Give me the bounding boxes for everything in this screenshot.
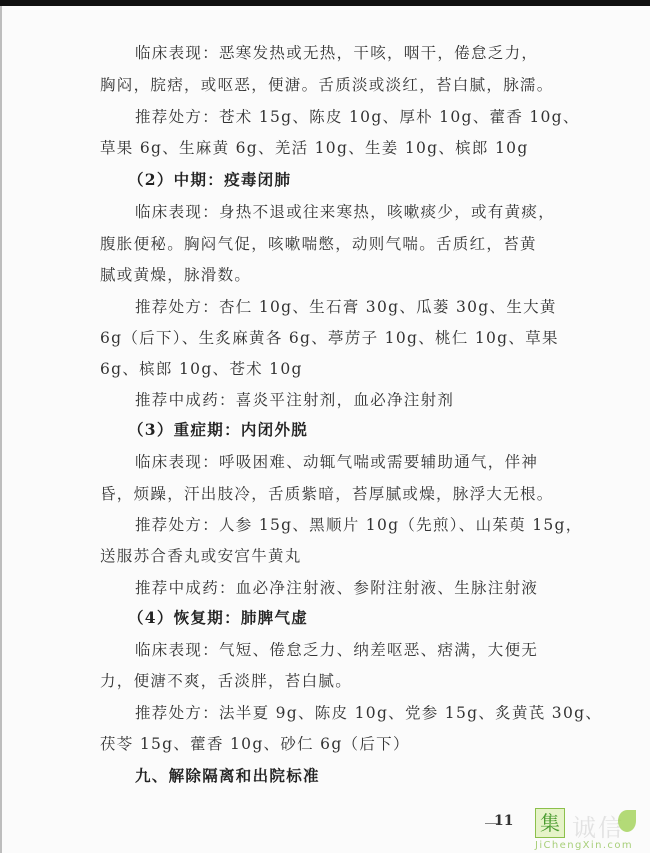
text-line: 推荐处方：苍术 15g、陈皮 10g、厚朴 10g、藿香 10g、 — [135, 105, 580, 127]
text-line: 临床表现：呼吸困难、动辄气喘或需要辅助通气，伴神 — [135, 450, 538, 472]
text-line: 昏，烦躁，汗出肢冷，舌质紫暗，苔厚腻或燥，脉浮大无根。 — [100, 482, 554, 504]
text-line: 临床表现：气短、倦怠乏力、纳差呕恶、痞满，大便无 — [135, 638, 538, 660]
section-heading: （2）中期：疫毒闭肺 — [128, 168, 291, 190]
text-line: 推荐中成药：血必净注射液、参附注射液、生脉注射液 — [135, 576, 538, 598]
text-line: 推荐处方：人参 15g、黑顺片 10g（先煎）、山茱萸 15g， — [135, 513, 583, 535]
text-line: 力，便溏不爽，舌淡胖，苔白腻。 — [100, 669, 352, 691]
text-line: 腻或黄燥，脉滑数。 — [100, 263, 251, 285]
text-line: 送服苏合香丸或安宫牛黄丸 — [100, 544, 302, 566]
text-line: 胸闷，脘痞，或呕恶，便溏。舌质淡或淡红，苔白腻，脉濡。 — [100, 73, 554, 95]
text-line: 草果 6g、生麻黄 6g、羌活 10g、生姜 10g、槟郎 10g — [100, 136, 529, 158]
text-line: 推荐中成药：喜炎平注射剂，血必净注射剂 — [135, 388, 454, 410]
page-number: 11 — [494, 813, 513, 829]
watermark-url: JiChengXin.com — [535, 840, 633, 851]
section-heading: （3）重症期：内闭外脱 — [128, 418, 308, 440]
text-line: 茯苓 15g、藿香 10g、砂仁 6g（后下） — [100, 732, 410, 754]
text-line: 腹胀便秘。胸闷气促，咳嗽喘憋，动则气喘。舌质红，苔黄 — [100, 232, 537, 254]
watermark-logo-icon: 集 — [535, 808, 565, 838]
text-line: 6g、槟郎 10g、苍术 10g — [100, 357, 303, 379]
section-heading: 九、解除隔离和出院标准 — [135, 764, 320, 786]
text-line: 6g（后下）、生炙麻黄各 6g、葶苈子 10g、桃仁 10g、草果 — [100, 326, 559, 348]
text-line: 推荐处方：法半夏 9g、陈皮 10g、党参 15g、炙黄芪 30g、 — [135, 701, 602, 723]
leaf-icon — [618, 810, 636, 832]
text-line: 临床表现：恶寒发热或无热，干咳，咽干，倦怠乏力， — [135, 41, 538, 63]
watermark-text: 诚信 — [572, 808, 624, 843]
text-line: 推荐处方：杏仁 10g、生石膏 30g、瓜蒌 30g、生大黄 — [135, 295, 557, 317]
text-line: 临床表现：身热不退或往来寒热，咳嗽痰少，或有黄痰， — [135, 200, 555, 222]
section-heading: （4）恢复期：肺脾气虚 — [128, 606, 308, 628]
left-border — [0, 6, 2, 853]
document-page: 临床表现：恶寒发热或无热，干咳，咽干，倦怠乏力， 胸闷，脘痞，或呕恶，便溏。舌质… — [0, 6, 650, 853]
